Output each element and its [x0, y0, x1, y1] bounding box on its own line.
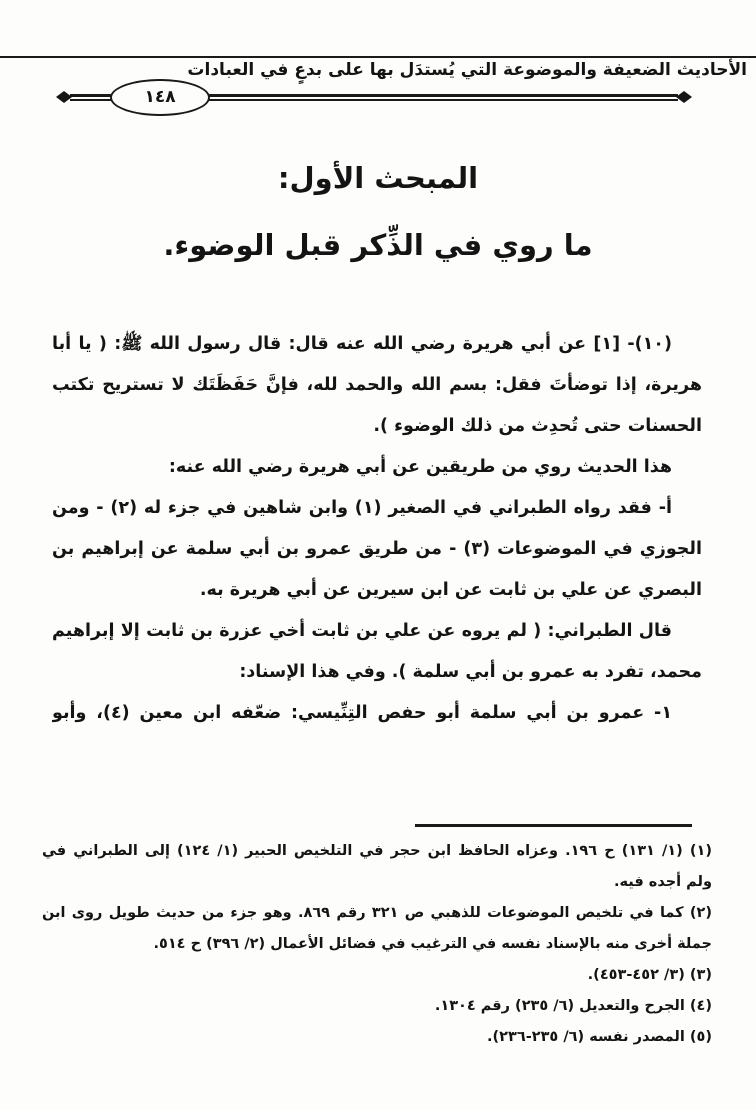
book-page: الأحاديث الضعيفة والموضوعة التي يُستدَل …	[0, 0, 756, 1110]
footnote-line: ولم أجده فيه.	[42, 867, 712, 898]
footnote-line: (١) (١/ ١٣١) ح ١٩٦. وعزاه الحافظ ابن حجر…	[42, 836, 712, 867]
footnote-line: جملة أخرى منه بالإسناد نفسه في الترغيب ف…	[42, 929, 712, 960]
body-line: هريرة، إذا توضأتَ فقل: بسم الله والحمد ل…	[52, 365, 702, 406]
footnote-line: (٤) الجرح والتعديل (٦/ ٢٣٥) رقم ١٣٠٤.	[42, 991, 712, 1022]
footnote-line: (٢) كما في تلخيص الموضوعات للذهبي ص ٣٢١ …	[42, 898, 712, 929]
section-title: المبحث الأول:	[0, 161, 756, 195]
body-line: ١- عمرو بن أبي سلمة أبو حفص التِنِّيسي: …	[52, 693, 702, 734]
body-line: الحسنات حتى تُحدِث من ذلك الوضوء ).	[52, 406, 702, 447]
page-number: ١٤٨	[144, 87, 175, 107]
footnote-separator	[415, 824, 692, 827]
body-line: محمد، تفرد به عمرو بن أبي سلمة ). وفي هذ…	[52, 652, 702, 693]
page-number-badge: ١٤٨	[110, 79, 210, 116]
body-line: قال الطبراني: ( لم يروه عن علي بن ثابت أ…	[52, 611, 702, 652]
body-line: (١٠)- [١] عن أبي هريرة رضي الله عنه قال:…	[52, 324, 702, 365]
body-line: أ- فقد رواه الطبراني في الصغير (١) وابن …	[52, 488, 702, 529]
body-line: الجوزي في الموضوعات (٣) - من طريق عمرو ب…	[52, 529, 702, 570]
double-rule-left	[70, 94, 112, 101]
body-line: هذا الحديث روي من طريقين عن أبي هريرة رض…	[52, 447, 702, 488]
body-line: البصري عن علي بن ثابت عن ابن سيرين عن أب…	[52, 570, 702, 611]
header-ornament-band: ١٤٨	[56, 78, 692, 116]
subsection-title: ما روي في الذِّكر قبل الوضوء.	[0, 228, 756, 262]
footnote-line: (٥) المصدر نفسه (٦/ ٢٣٥-٢٣٦).	[42, 1022, 712, 1053]
top-border-rule	[0, 56, 756, 58]
body-text: (١٠)- [١] عن أبي هريرة رضي الله عنه قال:…	[52, 324, 702, 734]
footnote-line: (٣) (٣/ ٤٥٢-٤٥٣).	[42, 960, 712, 991]
footnotes: (١) (١/ ١٣١) ح ١٩٦. وعزاه الحافظ ابن حجر…	[42, 836, 712, 1053]
running-header-title: الأحاديث الضعيفة والموضوعة التي يُستدَل …	[187, 60, 747, 80]
diamond-icon-right	[676, 91, 692, 103]
double-rule-right	[208, 94, 678, 101]
